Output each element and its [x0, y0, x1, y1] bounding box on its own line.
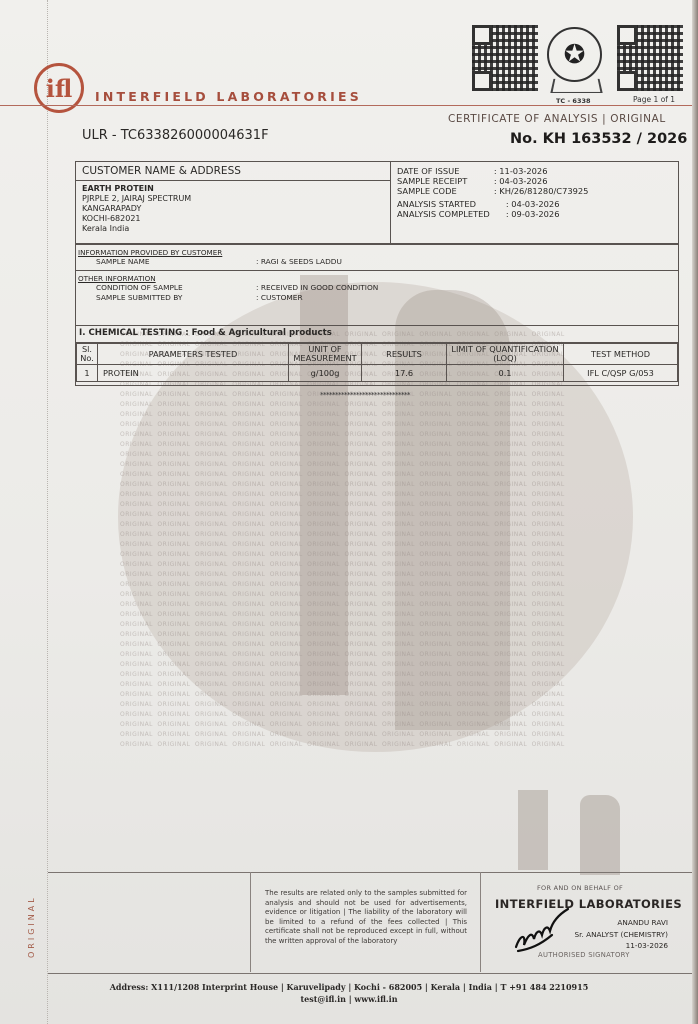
lab-address: Address: X111/1208 Interprint House | Ka… — [0, 981, 698, 1005]
date-row: DATE OF ISSUE: 11-03-2026 — [395, 166, 590, 176]
sl-no: 1 — [77, 365, 98, 382]
date-value: : 04-03-2026 — [492, 196, 591, 209]
sample-name-value: : RAGI & SEEDS LADDU — [256, 257, 342, 267]
dates-box: DATE OF ISSUE: 11-03-2026 SAMPLE RECEIPT… — [390, 161, 679, 244]
analyst-name: ANANDU RAVI — [575, 917, 669, 929]
results-table: Sl. No. PARAMETERS TESTED UNIT OF MEASUR… — [76, 343, 678, 382]
info-row: CONDITION OF SAMPLE: RECEIVED IN GOOD CO… — [76, 283, 678, 293]
perforation-line — [47, 0, 48, 1024]
result: 17.6 — [362, 365, 447, 382]
address-line: KANGARAPADY — [82, 204, 384, 214]
logo-text: ifl — [46, 74, 73, 103]
column-header: TEST METHOD — [564, 344, 678, 365]
customer-name: EARTH PROTEIN — [82, 184, 384, 194]
analyst-title: Sr. ANALYST (CHEMISTRY) — [575, 929, 669, 941]
ulr-number: ULR - TC633826000004631F — [82, 128, 269, 143]
certificate-page: ORIGINAL ORIGINAL ORIGINAL ORIGINAL ORIG… — [0, 0, 698, 1024]
accreditation-code: TC - 6338 — [556, 97, 591, 105]
customer-box: CUSTOMER NAME & ADDRESS EARTH PROTEIN PJ… — [75, 161, 391, 244]
date-label: ANALYSIS STARTED — [395, 196, 492, 209]
date-row: ANALYSIS COMPLETED: 09-03-2026 — [395, 209, 590, 219]
sample-info-box: INFORMATION PROVIDED BY CUSTOMER SAMPLE … — [75, 244, 679, 326]
submitted-label: SAMPLE SUBMITTED BY — [76, 293, 256, 303]
page-number: Page 1 of 1 — [633, 95, 675, 104]
header-divider — [0, 105, 698, 106]
column-header: LIMIT OF QUANTIFICATION (LOQ) — [447, 344, 564, 365]
lab-name: INTERFIELD LABORATORIES — [95, 89, 362, 104]
analyst-details: ANANDU RAVI Sr. ANALYST (CHEMISTRY) 11-0… — [575, 917, 669, 952]
chemical-testing-box: I. CHEMICAL TESTING : Food & Agricultura… — [75, 325, 679, 386]
parameter: PROTEIN — [98, 365, 289, 382]
condition-label: CONDITION OF SAMPLE — [76, 283, 256, 293]
loq: 0.1 — [447, 365, 564, 382]
date-label: ANALYSIS COMPLETED — [395, 209, 492, 219]
address-line: KOCHI-682021 — [82, 214, 384, 224]
column-header: PARAMETERS TESTED — [98, 344, 289, 365]
date-label: DATE OF ISSUE — [395, 166, 492, 176]
date-label: SAMPLE RECEIPT — [395, 176, 492, 186]
signature-icon — [512, 905, 572, 953]
address-line: PJRPLE 2, JAIRAJ SPECTRUM — [82, 194, 384, 204]
address-line: Address: X111/1208 Interprint House | Ka… — [0, 981, 698, 993]
chemical-testing-title: I. CHEMICAL TESTING : Food & Agricultura… — [76, 326, 678, 343]
sample-name-label: SAMPLE NAME — [76, 257, 256, 267]
date-value: : 11-03-2026 — [492, 166, 591, 176]
page-edge — [692, 0, 698, 1024]
authorised-signatory-label: AUTHORISED SIGNATORY — [538, 951, 630, 959]
info-row: SAMPLE NAME: RAGI & SEEDS LADDU — [76, 257, 678, 267]
qr-code-icon — [617, 25, 683, 91]
date-value: : KH/26/81280/C73925 — [492, 186, 591, 196]
customer-heading: CUSTOMER NAME & ADDRESS — [76, 162, 390, 181]
watermark-small-logo — [580, 795, 620, 875]
date-label: SAMPLE CODE — [395, 186, 492, 196]
info-provided-heading: INFORMATION PROVIDED BY CUSTOMER — [76, 245, 678, 257]
qr-code-icon — [472, 25, 538, 91]
nabl-seal-icon: ✪ — [547, 27, 602, 82]
on-behalf-text: FOR AND ON BEHALF OF — [537, 884, 623, 892]
date-row: SAMPLE CODE: KH/26/81280/C73925 — [395, 186, 590, 196]
condition-value: : RECEIVED IN GOOD CONDITION — [256, 283, 378, 293]
footer-blank-cell — [48, 872, 251, 972]
disclaimer-text: The results are related only to the samp… — [265, 889, 467, 946]
date-value: : 09-03-2026 — [492, 209, 591, 219]
address-line: Kerala India — [82, 224, 384, 234]
original-vertical-label: ORIGINAL — [27, 895, 36, 958]
certificate-number: No. KH 163532 / 2026 — [510, 131, 687, 147]
seal-stand-icon — [550, 79, 602, 93]
submitted-value: : CUSTOMER — [256, 293, 303, 303]
other-info-heading: OTHER INFORMATION — [76, 271, 678, 283]
date-value: : 04-03-2026 — [492, 176, 591, 186]
date-row: ANALYSIS STARTED: 04-03-2026 — [395, 196, 590, 209]
certificate-label: CERTIFICATE OF ANALYSIS | ORIGINAL — [448, 113, 666, 125]
column-header: UNIT OF MEASUREMENT — [289, 344, 362, 365]
table-row: 1 PROTEIN g/100g 17.6 0.1 IFL C/QSP G/05… — [77, 365, 678, 382]
test-method: IFL C/QSP G/053 — [564, 365, 678, 382]
info-row: SAMPLE SUBMITTED BY: CUSTOMER — [76, 293, 678, 303]
contact-line: test@ifl.in | www.ifl.in — [0, 993, 698, 1005]
end-of-report-marker: ****************************** — [320, 391, 410, 399]
watermark-small-logo — [518, 790, 548, 870]
unit: g/100g — [289, 365, 362, 382]
sign-date: 11-03-2026 — [575, 940, 669, 952]
column-header: RESULTS — [362, 344, 447, 365]
date-row: SAMPLE RECEIPT: 04-03-2026 — [395, 176, 590, 186]
column-header: Sl. No. — [77, 344, 98, 365]
